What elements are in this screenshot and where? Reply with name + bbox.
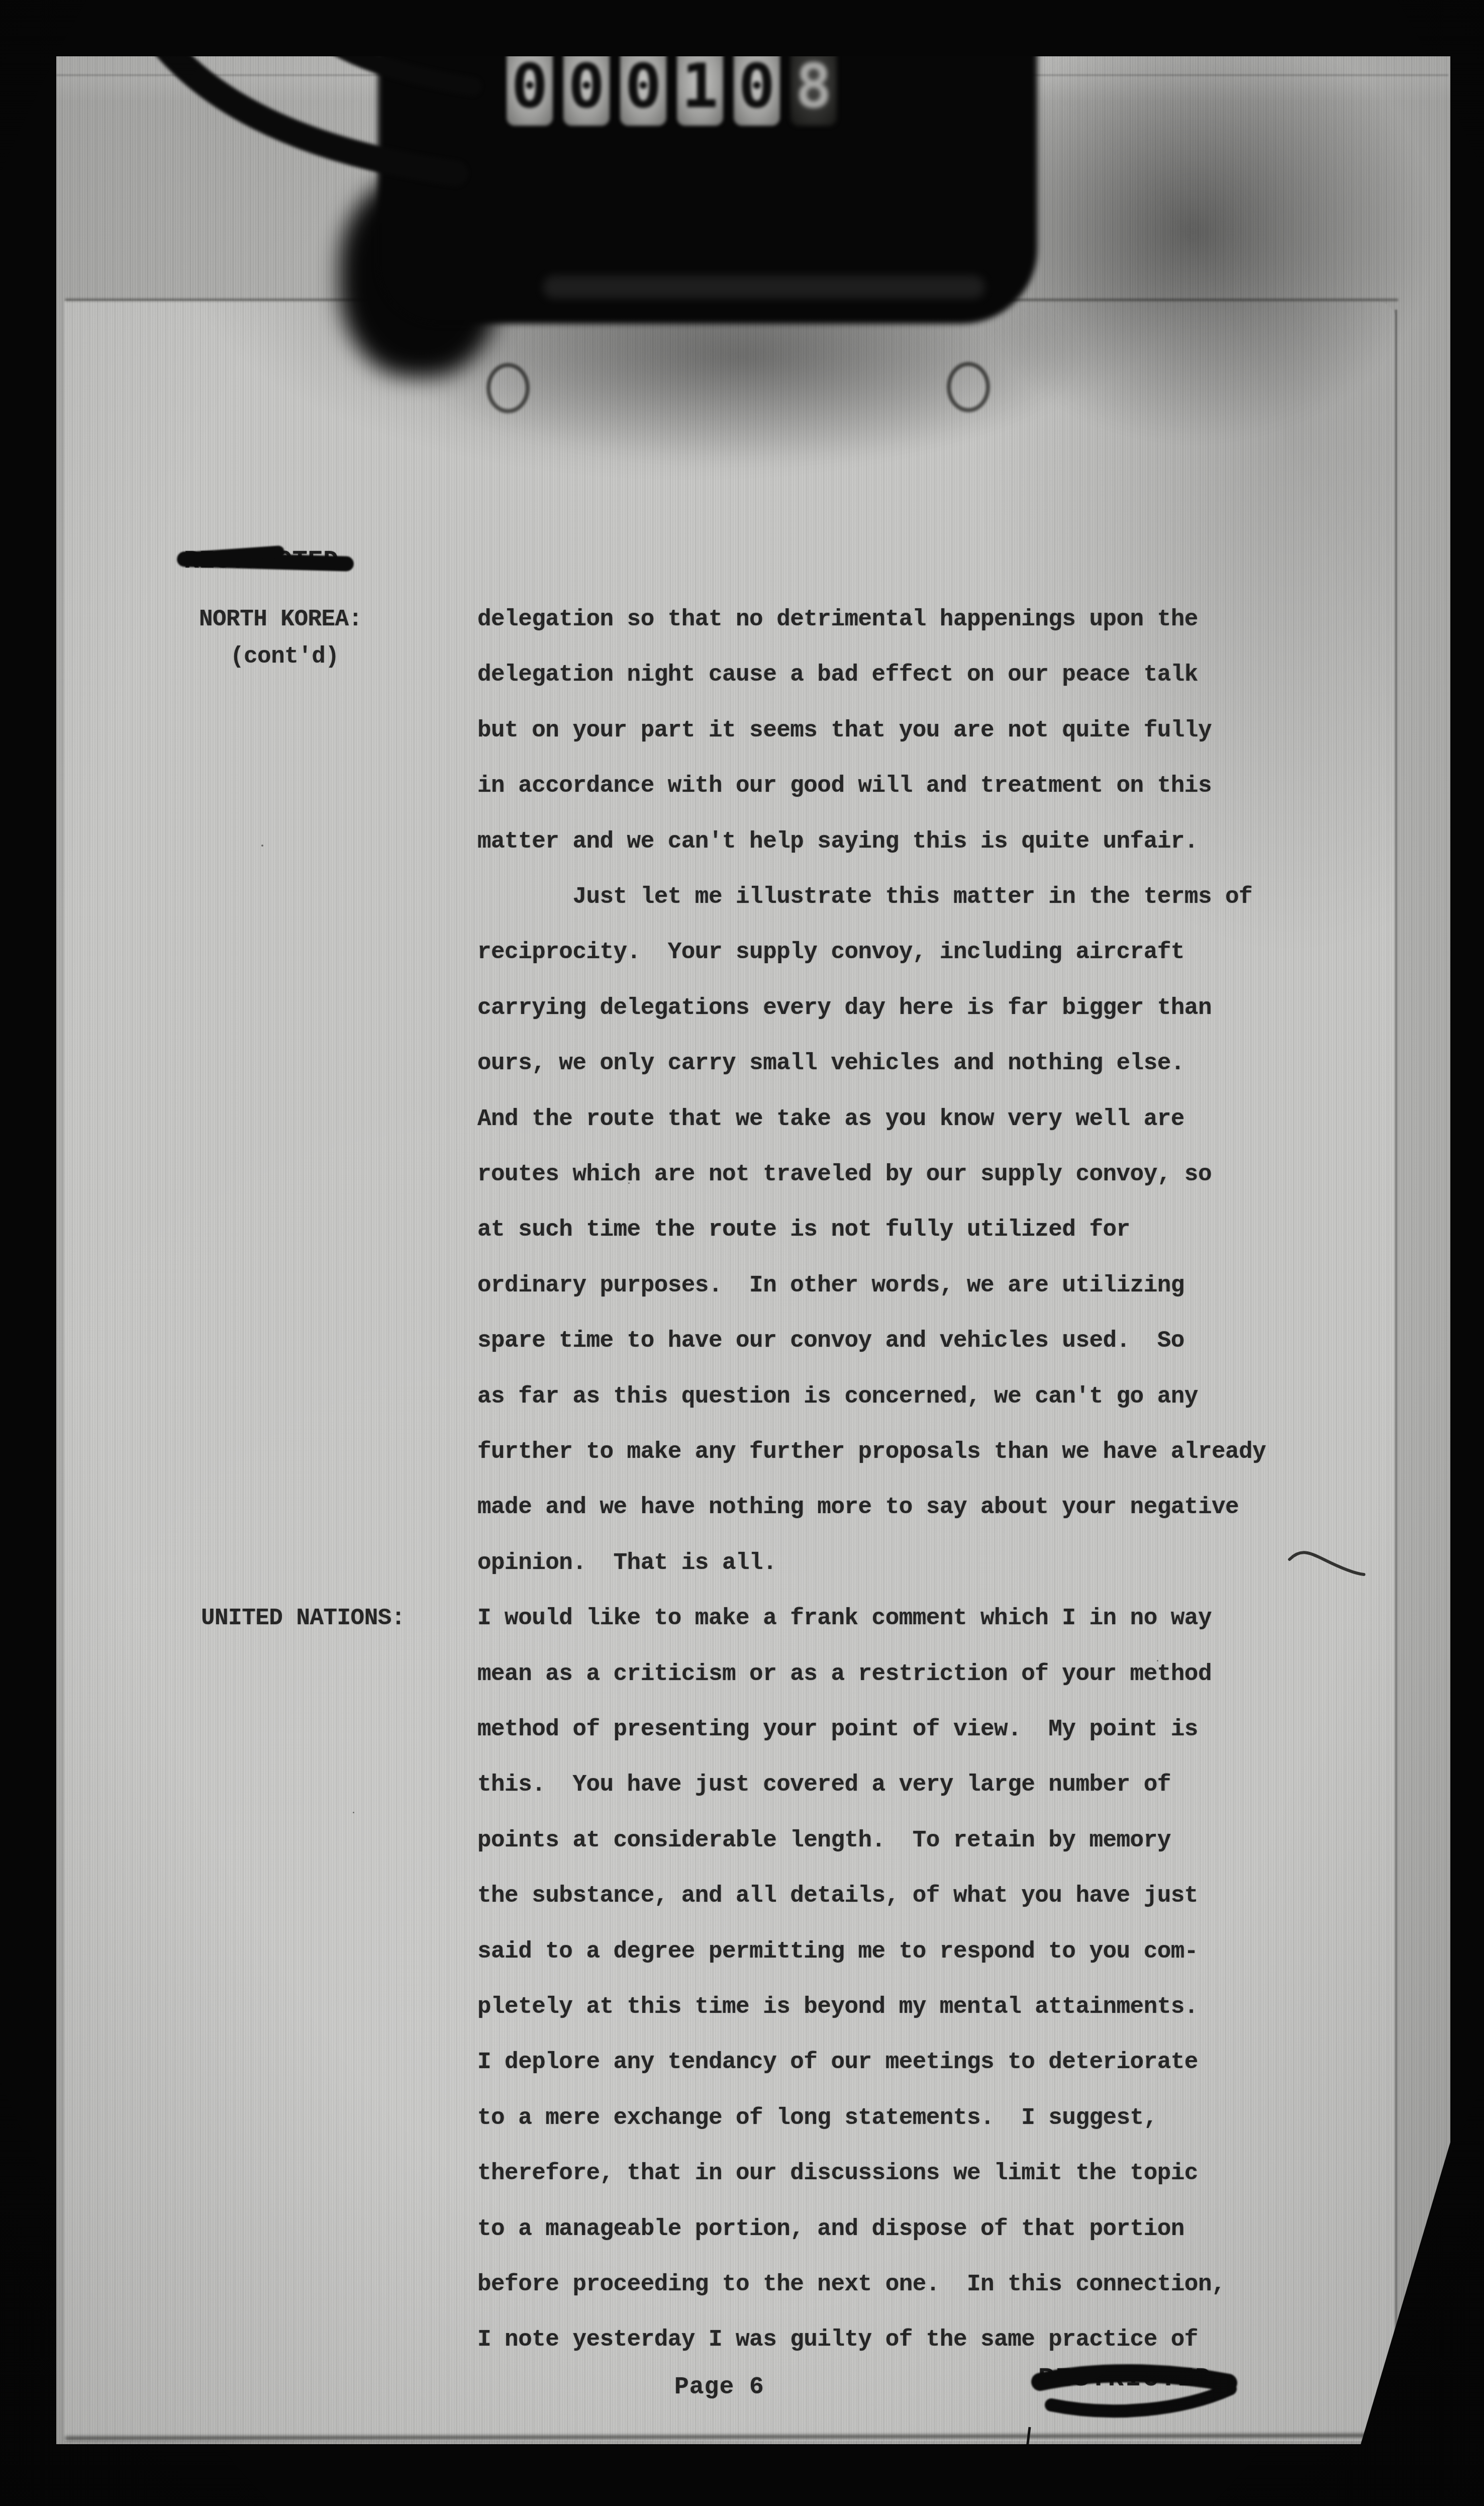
typed-line-12: at such time the route is not fully util… — [477, 1217, 1130, 1243]
dust-speck — [261, 845, 263, 847]
microfilm-frame: 000108 RESTRICTED NORTH KOREA: (cont'd) … — [0, 0, 1484, 2506]
typed-line-14: spare time to have our convoy and vehicl… — [477, 1328, 1184, 1354]
counter-digit-window: 000108 — [507, 46, 863, 127]
film-frame-bottom — [0, 2444, 1484, 2506]
typed-line-8: carrying delegations every day here is f… — [477, 995, 1212, 1021]
typed-line-24: the substance, and all details, of what … — [477, 1883, 1198, 1909]
speaker-label-north-korea: NORTH KOREA: — [199, 606, 362, 632]
speaker-label-contd: (cont'd) — [230, 643, 339, 670]
film-frame-top — [0, 0, 1484, 56]
counter-digit-wheel: 0 — [620, 46, 666, 126]
counter-digit-wheel: 0 — [507, 46, 553, 126]
typed-line-20: mean as a criticism or as a restriction … — [477, 1661, 1212, 1687]
typed-line-32: I note yesterday I was guilty of the sam… — [477, 2327, 1198, 2353]
typed-line-21: method of presenting your point of view.… — [477, 1716, 1198, 1742]
counter-digit-wheel: 1 — [677, 46, 723, 126]
speaker-label-united-nations: UNITED NATIONS: — [201, 1605, 405, 1631]
restricted-stamp-bottom: RESTRICTED — [1038, 2364, 1213, 2393]
typed-line-6: Just let me illustrate this matter in th… — [477, 884, 1252, 910]
typed-line-2: delegation night cause a bad effect on o… — [477, 662, 1198, 688]
counter-digit-wheel: 8 — [790, 46, 837, 126]
typed-line-17: made and we have nothing more to say abo… — [477, 1494, 1239, 1520]
dust-speck — [1056, 956, 1058, 958]
typed-line-11: routes which are not traveled by our sup… — [477, 1161, 1212, 1187]
dust-speck — [628, 1182, 630, 1184]
film-frame-left — [0, 0, 56, 2506]
dust-speck — [806, 2113, 808, 2115]
typed-line-26: pletely at this time is beyond my mental… — [477, 1994, 1198, 2020]
typed-line-30: to a manageable portion, and dispose of … — [477, 2216, 1184, 2242]
film-frame-right — [1450, 0, 1484, 2506]
typed-line-13: ordinary purposes. In other words, we ar… — [477, 1272, 1184, 1298]
typed-line-3: but on your part it seems that you are n… — [477, 717, 1212, 744]
typed-line-19: I would like to make a frank comment whi… — [477, 1605, 1212, 1631]
page-number: Page 6 — [674, 2374, 764, 2401]
typed-line-16: further to make any further proposals th… — [477, 1439, 1266, 1465]
counter-digit-wheel: 0 — [734, 46, 780, 126]
typed-line-31: before proceeding to the next one. In th… — [477, 2271, 1225, 2297]
dust-speck — [353, 1812, 354, 1813]
typed-line-5: matter and we can't help saying this is … — [477, 828, 1198, 855]
typed-line-28: to a mere exchange of long statements. I… — [477, 2105, 1157, 2131]
typed-line-23: points at considerable length. To retain… — [477, 1827, 1171, 1853]
typed-line-10: And the route that we take as you know v… — [477, 1106, 1184, 1132]
typed-line-1: delegation so that no detrimental happen… — [477, 606, 1198, 632]
counter-sheen — [543, 275, 985, 299]
typed-line-29: therefore, that in our discussions we li… — [477, 2160, 1198, 2186]
typed-line-25: said to a degree permitting me to respon… — [477, 1938, 1198, 1965]
typed-line-9: ours, we only carry small vehicles and n… — [477, 1050, 1184, 1076]
typed-line-15: as far as this question is concerned, we… — [477, 1383, 1198, 1410]
paper-right-edge — [1395, 310, 1397, 2437]
typed-line-18: opinion. That is all. — [477, 1550, 776, 1576]
typed-line-27: I deplore any tendancy of our meetings t… — [477, 2049, 1198, 2075]
typed-line-4: in accordance with our good will and tre… — [477, 773, 1212, 799]
counter-digit-wheel: 0 — [563, 46, 610, 126]
dust-speck — [1157, 1660, 1158, 1661]
typed-line-22: this. You have just covered a very large… — [477, 1772, 1171, 1798]
typed-line-7: reciprocity. Your supply convoy, includi… — [477, 939, 1184, 965]
